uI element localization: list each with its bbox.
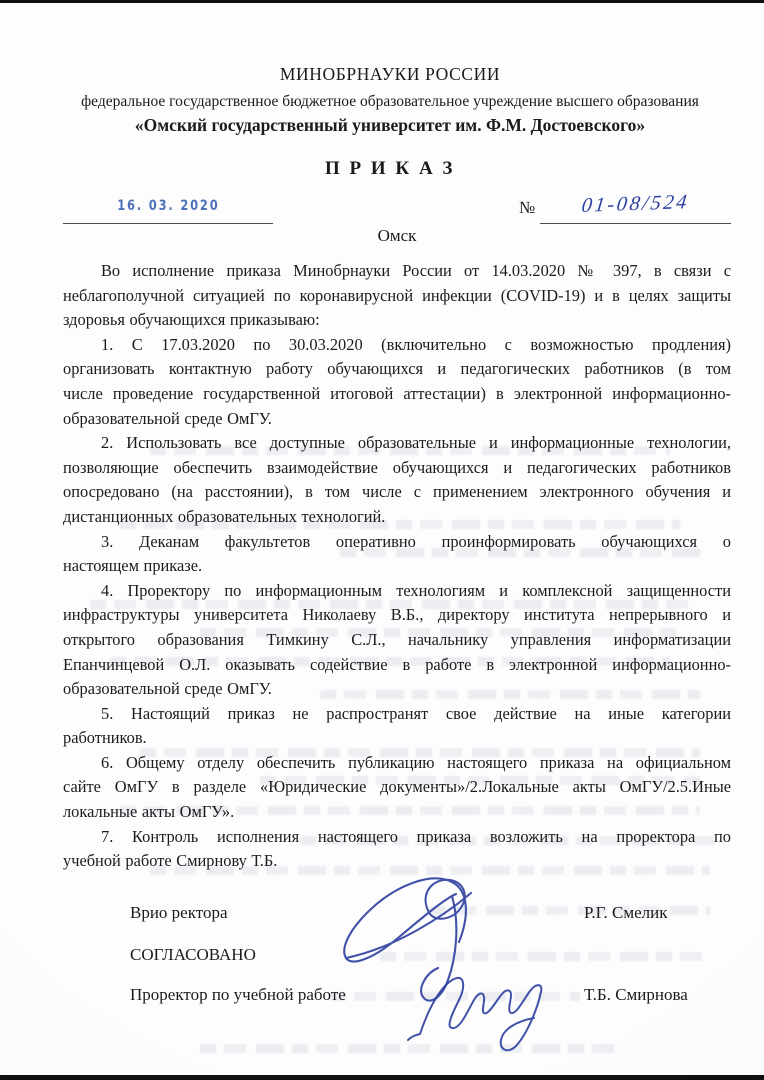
body-line: позволяющие обеспечить взаимодействие об… xyxy=(63,456,731,481)
body-line: Во исполнение приказа Минобрнауки России… xyxy=(63,259,731,284)
body-line: инфраструктуры университета Николаеву В.… xyxy=(63,603,731,628)
bleed-through-line xyxy=(430,906,710,915)
date-stamp: 16. 03. 2020 xyxy=(117,198,219,214)
ministry-name: МИНОБРНАУКИ РОССИИ xyxy=(40,64,740,85)
body-line: 6. Общему отделу обеспечить публикацию н… xyxy=(63,751,731,776)
body-line: образовательной среде ОмГУ. xyxy=(63,407,731,432)
body-line: 2. Использовать все доступные образовате… xyxy=(63,431,731,456)
body-line: сайте ОмГУ в разделе «Юридические докуме… xyxy=(63,775,731,800)
vice-rector-title: Проректор по учебной работе xyxy=(130,985,346,1005)
body-line: опосредовано (на расстоянии), в том числ… xyxy=(63,480,731,505)
signature-smirnova xyxy=(408,978,541,1050)
body-line: 7. Контроль исполнения настоящего приказ… xyxy=(63,825,731,850)
body-line: 4. Проректору по информационным технолог… xyxy=(63,579,731,604)
signature-smelik xyxy=(344,878,471,1000)
institution-name: «Омский государственный университет им. … xyxy=(40,115,740,136)
scan-edge-top xyxy=(0,0,764,3)
body-line: Епанчинцевой О.Л. оказывать содействие в… xyxy=(63,653,731,678)
body-line: организовать контактную работу обучающих… xyxy=(63,357,731,382)
acting-rector-title: Врио ректора xyxy=(130,903,228,923)
bleed-through-line xyxy=(200,1044,620,1053)
approved-label: СОГЛАСОВАНО xyxy=(130,945,256,965)
body-line: локальные акты ОмГУ». xyxy=(63,800,731,825)
body-line: 1. С 17.03.2020 по 30.03.2020 (включител… xyxy=(63,333,731,358)
body-line: неблагополучной ситуацией по коронавирус… xyxy=(63,284,731,309)
body-line: числе проведение государственной итогово… xyxy=(63,382,731,407)
vice-rector-name: Т.Б. Смирнова xyxy=(584,985,688,1005)
bleed-through-line xyxy=(330,992,580,1001)
date-field: 16. 03. 2020 xyxy=(63,192,273,224)
scanned-order-document: МИНОБРНАУКИ РОССИИ федеральное государст… xyxy=(0,0,764,1080)
acting-rector-name: Р.Г. Смелик xyxy=(584,903,667,923)
bleed-through-line xyxy=(380,952,710,961)
body-line: 5. Настоящий приказ не распространят сво… xyxy=(63,702,731,727)
city-name: Омск xyxy=(63,226,731,246)
scan-edge-bottom xyxy=(0,1075,764,1080)
body-line: здоровья обучающихся приказываю: xyxy=(63,308,731,333)
body-line: открытого образования Тимкину С.Л., нача… xyxy=(63,628,731,653)
document-body: Во исполнение приказа Минобрнауки России… xyxy=(63,259,731,874)
body-line: дистанционных образовательных технологий… xyxy=(63,505,731,530)
body-line: образовательной среде ОмГУ. xyxy=(63,677,731,702)
body-line: учебной работе Смирнову Т.Б. xyxy=(63,849,731,874)
body-line: 3. Деканам факультетов оперативно проинф… xyxy=(63,530,731,555)
body-line: работников. xyxy=(63,726,731,751)
handwritten-number: 01-08/524 xyxy=(580,191,690,218)
body-line: настоящем приказе. xyxy=(63,554,731,579)
number-label: № xyxy=(519,198,535,218)
number-field: 01-08/524 xyxy=(540,192,731,224)
institution-type: федеральное государственное бюджетное об… xyxy=(40,93,740,111)
document-title: П Р И К А З xyxy=(40,158,740,180)
